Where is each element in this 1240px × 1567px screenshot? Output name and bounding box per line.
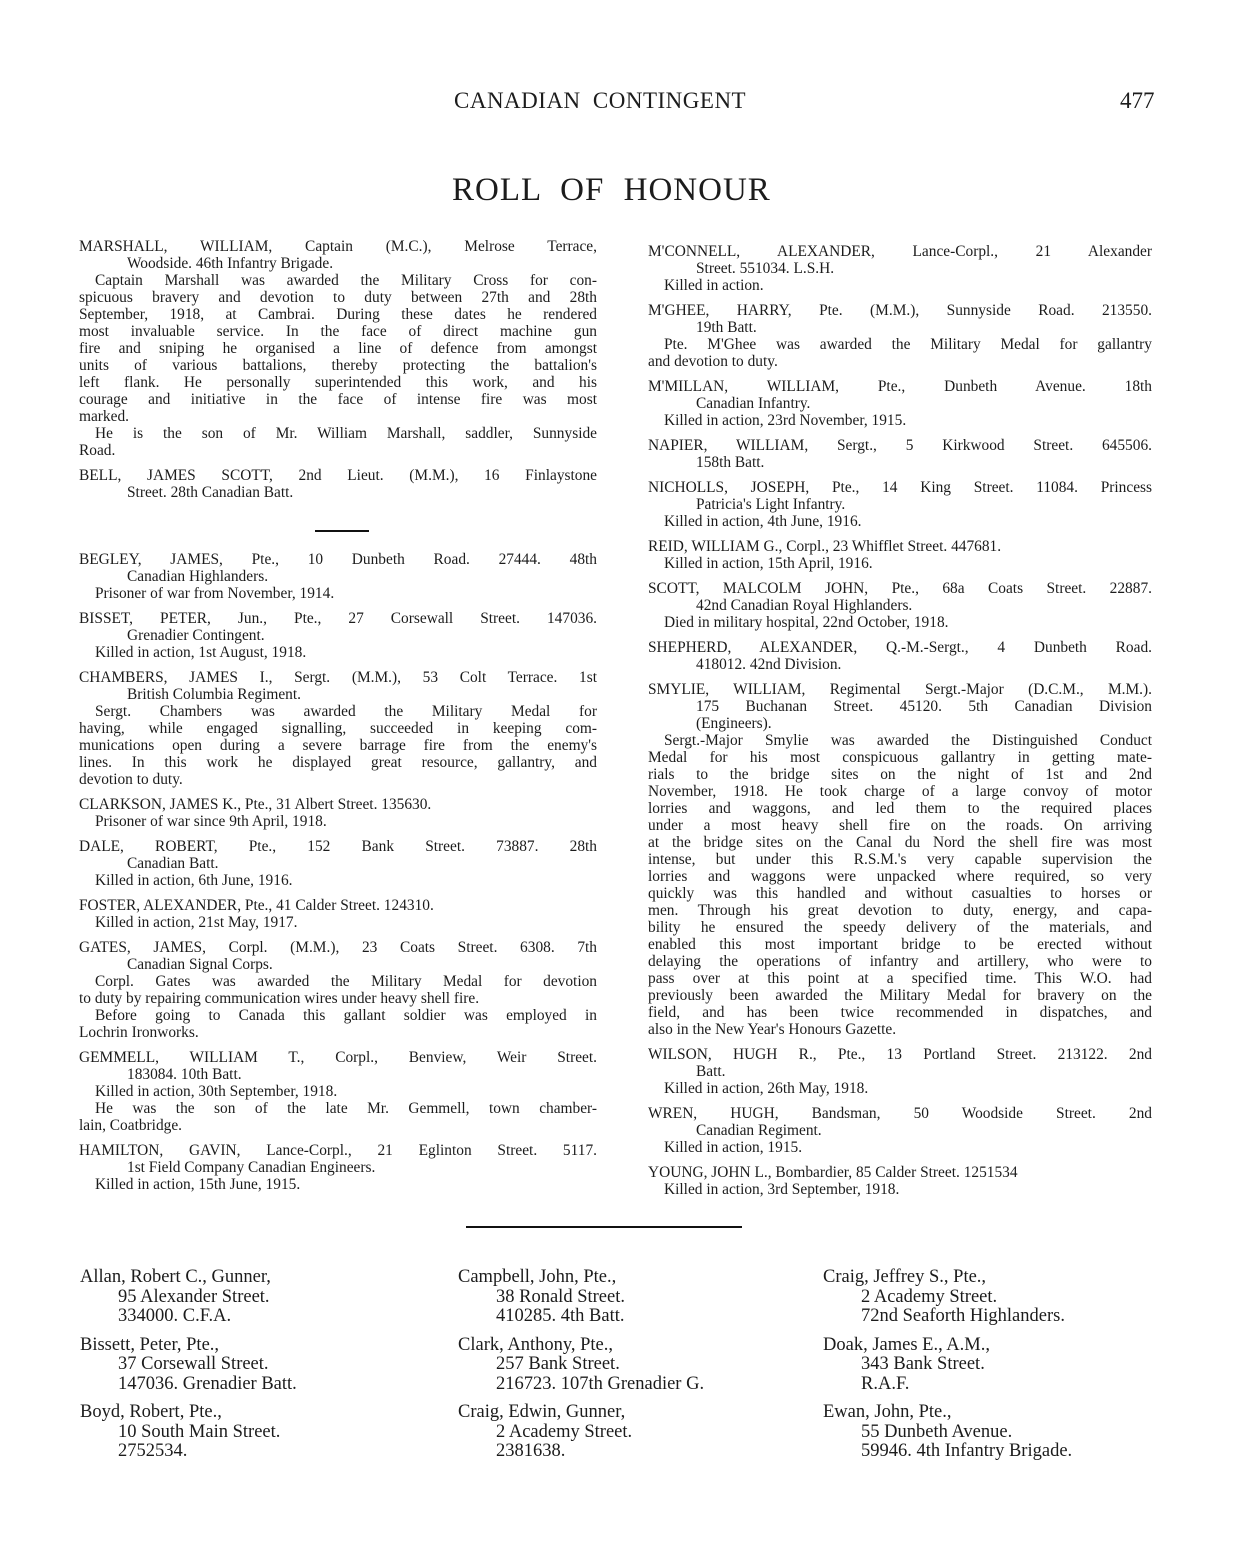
entry-body-line: Killed in action, 21st May, 1917. xyxy=(79,914,597,931)
entry-body-line: Before going to Canada this gallant sold… xyxy=(79,1007,597,1024)
entry-body-line: units of various battalions, thereby pro… xyxy=(79,357,597,374)
entry-body-line: bility he ensured the speedy delivery of… xyxy=(648,919,1152,936)
entry-heading: BISSET, PETER, Jun., Pte., 27 Corsewall … xyxy=(79,610,597,644)
entry-heading-line: 175 Buchanan Street. 45120. 5th Canadian… xyxy=(648,698,1152,715)
entry-heading-line: MARSHALL, WILLIAM, Captain (M.C.), Melro… xyxy=(79,238,597,255)
roll-entry: GATES, JAMES, Corpl. (M.M.), 23 Coats St… xyxy=(79,939,597,1041)
entry-body-line: lines. In this work he displayed great r… xyxy=(79,754,597,771)
roll-entry: REID, WILLIAM G., Corpl., 23 Whifflet St… xyxy=(648,538,1152,572)
entry-heading-line: Street. 28th Canadian Batt. xyxy=(79,484,597,501)
entry-heading-line: FOSTER, ALEXANDER, Pte., 41 Calder Stree… xyxy=(79,897,597,914)
service-name: Bissett, Peter, Pte., xyxy=(80,1336,297,1356)
entry-heading: CLARKSON, JAMES K., Pte., 31 Albert Stre… xyxy=(79,796,597,813)
entry-body-line: most invaluable service. In the face of … xyxy=(79,323,597,340)
entry-heading: MARSHALL, WILLIAM, Captain (M.C.), Melro… xyxy=(79,238,597,272)
entry-body-line: He is the son of Mr. William Marshall, s… xyxy=(79,425,597,442)
service-name: Craig, Edwin, Gunner, xyxy=(458,1403,704,1423)
service-unit: 334000. C.F.A. xyxy=(80,1307,297,1327)
roll-entry: M'GHEE, HARRY, Pte. (M.M.), Sunnyside Ro… xyxy=(648,302,1152,370)
entry-heading-line: HAMILTON, GAVIN, Lance-Corpl., 21 Eglint… xyxy=(79,1142,597,1159)
entry-body-line: Killed in action, 15th April, 1916. xyxy=(648,555,1152,572)
section-divider-short xyxy=(315,530,369,532)
entry-body-line: intense, but under this R.S.M.'s very ca… xyxy=(648,851,1152,868)
roll-entry: HAMILTON, GAVIN, Lance-Corpl., 21 Eglint… xyxy=(79,1142,597,1193)
roll-entry: DALE, ROBERT, Pte., 152 Bank Street. 738… xyxy=(79,838,597,889)
entry-heading-line: Batt. xyxy=(648,1063,1152,1080)
service-list-item: Clark, Anthony, Pte.,257 Bank Street.216… xyxy=(458,1336,704,1395)
section-divider-long xyxy=(466,1226,742,1228)
entry-body: Killed in action, 15th June, 1915. xyxy=(79,1176,597,1193)
entry-heading-line: 158th Batt. xyxy=(648,454,1152,471)
entry-heading-line: NICHOLLS, JOSEPH, Pte., 14 King Street. … xyxy=(648,479,1152,496)
service-address: 2 Academy Street. xyxy=(458,1423,704,1443)
service-address: 257 Bank Street. xyxy=(458,1355,704,1375)
entry-heading-line: GATES, JAMES, Corpl. (M.M.), 23 Coats St… xyxy=(79,939,597,956)
entry-heading-line: SCOTT, MALCOLM JOHN, Pte., 68a Coats Str… xyxy=(648,580,1152,597)
entry-body-line: He was the son of the late Mr. Gemmell, … xyxy=(79,1100,597,1117)
entry-heading: WILSON, HUGH R., Pte., 13 Portland Stree… xyxy=(648,1046,1152,1080)
roll-entry: SHEPHERD, ALEXANDER, Q.-M.-Sergt., 4 Dun… xyxy=(648,639,1152,673)
service-list-column-1: Allan, Robert C., Gunner,95 Alexander St… xyxy=(80,1268,297,1471)
entry-heading-line: Canadian Signal Corps. xyxy=(79,956,597,973)
entry-heading-line: BEGLEY, JAMES, Pte., 10 Dunbeth Road. 27… xyxy=(79,551,597,568)
entry-heading: M'GHEE, HARRY, Pte. (M.M.), Sunnyside Ro… xyxy=(648,302,1152,336)
entry-body-line: rials to the bridge sites on the night o… xyxy=(648,766,1152,783)
service-list-item: Bissett, Peter, Pte.,37 Corsewall Street… xyxy=(80,1336,297,1395)
entry-body-line: Pte. M'Ghee was awarded the Military Med… xyxy=(648,336,1152,353)
entry-heading: SCOTT, MALCOLM JOHN, Pte., 68a Coats Str… xyxy=(648,580,1152,614)
entry-body: Killed in action, 26th May, 1918. xyxy=(648,1080,1152,1097)
service-unit: 147036. Grenadier Batt. xyxy=(80,1375,297,1395)
entry-body: Prisoner of war from November, 1914. xyxy=(79,585,597,602)
running-head: CANADIAN CONTINGENT xyxy=(454,88,746,114)
entry-heading-line: BELL, JAMES SCOTT, 2nd Lieut. (M.M.), 16… xyxy=(79,467,597,484)
entry-body-line: Sergt.-Major Smylie was awarded the Dist… xyxy=(648,732,1152,749)
service-list-item: Allan, Robert C., Gunner,95 Alexander St… xyxy=(80,1268,297,1327)
entry-body-line: Sergt. Chambers was awarded the Military… xyxy=(79,703,597,720)
roll-entry: YOUNG, JOHN L., Bombardier, 85 Calder St… xyxy=(648,1164,1152,1198)
entry-heading: SHEPHERD, ALEXANDER, Q.-M.-Sergt., 4 Dun… xyxy=(648,639,1152,673)
entry-heading: YOUNG, JOHN L., Bombardier, 85 Calder St… xyxy=(648,1164,1152,1181)
entry-body-line: quickly was this handled and without cas… xyxy=(648,885,1152,902)
entry-heading-line: CLARKSON, JAMES K., Pte., 31 Albert Stre… xyxy=(79,796,597,813)
entry-body: Captain Marshall was awarded the Militar… xyxy=(79,272,597,459)
entry-body: Killed in action, 1915. xyxy=(648,1139,1152,1156)
entry-heading-line: 1st Field Company Canadian Engineers. xyxy=(79,1159,597,1176)
entry-body-line: field, and has been twice recommended in… xyxy=(648,1004,1152,1021)
entry-heading: M'CONNELL, ALEXANDER, Lance-Corpl., 21 A… xyxy=(648,243,1152,277)
entry-body: Killed in action, 23rd November, 1915. xyxy=(648,412,1152,429)
service-list-item: Craig, Edwin, Gunner,2 Academy Street.23… xyxy=(458,1403,704,1462)
entry-heading-line: Canadian Infantry. xyxy=(648,395,1152,412)
entry-heading: CHAMBERS, JAMES I., Sergt. (M.M.), 53 Co… xyxy=(79,669,597,703)
service-name: Doak, James E., A.M., xyxy=(823,1336,1072,1356)
service-name: Craig, Jeffrey S., Pte., xyxy=(823,1268,1072,1288)
entry-heading: WREN, HUGH, Bandsman, 50 Woodside Street… xyxy=(648,1105,1152,1139)
entry-heading-line: British Columbia Regiment. xyxy=(79,686,597,703)
entry-heading-line: 19th Batt. xyxy=(648,319,1152,336)
entry-heading-line: 183084. 10th Batt. xyxy=(79,1066,597,1083)
entry-body-line: Killed in action, 4th June, 1916. xyxy=(648,513,1152,530)
entry-body-line: Killed in action, 1st August, 1918. xyxy=(79,644,597,661)
service-unit: 59946. 4th Infantry Brigade. xyxy=(823,1442,1072,1462)
entry-heading-line: 42nd Canadian Royal Highlanders. xyxy=(648,597,1152,614)
service-name: Boyd, Robert, Pte., xyxy=(80,1403,297,1423)
entry-heading: HAMILTON, GAVIN, Lance-Corpl., 21 Eglint… xyxy=(79,1142,597,1176)
entry-heading: SMYLIE, WILLIAM, Regimental Sergt.-Major… xyxy=(648,681,1152,732)
roll-entry: SMYLIE, WILLIAM, Regimental Sergt.-Major… xyxy=(648,681,1152,1038)
service-address: 95 Alexander Street. xyxy=(80,1288,297,1308)
entry-heading-line: M'MILLAN, WILLIAM, Pte., Dunbeth Avenue.… xyxy=(648,378,1152,395)
entry-body: Killed in action, 15th April, 1916. xyxy=(648,555,1152,572)
entry-body-line: spicuous bravery and devotion to duty be… xyxy=(79,289,597,306)
service-address: 2 Academy Street. xyxy=(823,1288,1072,1308)
roll-entry: SCOTT, MALCOLM JOHN, Pte., 68a Coats Str… xyxy=(648,580,1152,631)
entry-body-line: Killed in action, 1915. xyxy=(648,1139,1152,1156)
roll-entry: WILSON, HUGH R., Pte., 13 Portland Stree… xyxy=(648,1046,1152,1097)
entry-body-line: under a most heavy shell fire on the roa… xyxy=(648,817,1152,834)
service-list-item: Boyd, Robert, Pte.,10 South Main Street.… xyxy=(80,1403,297,1462)
entry-heading-line: GEMMELL, WILLIAM T., Corpl., Benview, We… xyxy=(79,1049,597,1066)
entry-body-line: Killed in action, 30th September, 1918. xyxy=(79,1083,597,1100)
service-unit: 410285. 4th Batt. xyxy=(458,1307,704,1327)
entry-heading-line: Canadian Highlanders. xyxy=(79,568,597,585)
entry-heading: NICHOLLS, JOSEPH, Pte., 14 King Street. … xyxy=(648,479,1152,513)
entry-body-line: and devotion to duty. xyxy=(648,353,1152,370)
entry-body: Died in military hospital, 22nd October,… xyxy=(648,614,1152,631)
roll-entry: GEMMELL, WILLIAM T., Corpl., Benview, We… xyxy=(79,1049,597,1134)
entry-heading-line: YOUNG, JOHN L., Bombardier, 85 Calder St… xyxy=(648,1164,1152,1181)
entry-body-line: Captain Marshall was awarded the Militar… xyxy=(79,272,597,289)
entry-body-line: Killed in action, 26th May, 1918. xyxy=(648,1080,1152,1097)
entry-body-line: Killed in action, 6th June, 1916. xyxy=(79,872,597,889)
entry-body: Prisoner of war since 9th April, 1918. xyxy=(79,813,597,830)
entry-body: Sergt. Chambers was awarded the Military… xyxy=(79,703,597,788)
service-address: 343 Bank Street. xyxy=(823,1355,1072,1375)
entry-heading-line: Grenadier Contingent. xyxy=(79,627,597,644)
entry-body-line: courage and initiative in the face of in… xyxy=(79,391,597,408)
entry-heading-line: Canadian Regiment. xyxy=(648,1122,1152,1139)
entry-body-line: Killed in action, 3rd September, 1918. xyxy=(648,1181,1152,1198)
service-name: Allan, Robert C., Gunner, xyxy=(80,1268,297,1288)
entry-heading-line: CHAMBERS, JAMES I., Sergt. (M.M.), 53 Co… xyxy=(79,669,597,686)
entry-body-line: Road. xyxy=(79,442,597,459)
entry-heading-line: REID, WILLIAM G., Corpl., 23 Whifflet St… xyxy=(648,538,1152,555)
entry-body-line: to duty by repairing communication wires… xyxy=(79,990,597,1007)
entry-body-line: lorries and waggons were unpacked where … xyxy=(648,868,1152,885)
entry-heading: REID, WILLIAM G., Corpl., 23 Whifflet St… xyxy=(648,538,1152,555)
entry-body-line: Killed in action, 23rd November, 1915. xyxy=(648,412,1152,429)
service-unit: 72nd Seaforth Highlanders. xyxy=(823,1307,1072,1327)
service-list-item: Doak, James E., A.M.,343 Bank Street.R.A… xyxy=(823,1336,1072,1395)
entry-heading: FOSTER, ALEXANDER, Pte., 41 Calder Stree… xyxy=(79,897,597,914)
entry-body-line: devotion to duty. xyxy=(79,771,597,788)
entry-body-line: Killed in action. xyxy=(648,277,1152,294)
entry-heading-line: M'GHEE, HARRY, Pte. (M.M.), Sunnyside Ro… xyxy=(648,302,1152,319)
entry-body-line: delaying the operations of infantry and … xyxy=(648,953,1152,970)
roll-entry: M'CONNELL, ALEXANDER, Lance-Corpl., 21 A… xyxy=(648,243,1152,294)
service-unit: R.A.F. xyxy=(823,1375,1072,1395)
entry-body-line: Prisoner of war since 9th April, 1918. xyxy=(79,813,597,830)
entry-heading-line: BISSET, PETER, Jun., Pte., 27 Corsewall … xyxy=(79,610,597,627)
roll-right-column: M'CONNELL, ALEXANDER, Lance-Corpl., 21 A… xyxy=(648,243,1152,1206)
service-name: Clark, Anthony, Pte., xyxy=(458,1336,704,1356)
entry-heading: BELL, JAMES SCOTT, 2nd Lieut. (M.M.), 16… xyxy=(79,467,597,501)
roll-entry: MARSHALL, WILLIAM, Captain (M.C.), Melro… xyxy=(79,238,597,459)
service-list-item: Craig, Jeffrey S., Pte.,2 Academy Street… xyxy=(823,1268,1072,1327)
entry-body-line: lorries and waggons, and led them to the… xyxy=(648,800,1152,817)
entry-body: Sergt.-Major Smylie was awarded the Dist… xyxy=(648,732,1152,1038)
entry-body: Corpl. Gates was awarded the Military Me… xyxy=(79,973,597,1041)
roll-entry: NICHOLLS, JOSEPH, Pte., 14 King Street. … xyxy=(648,479,1152,530)
entry-heading-line: SMYLIE, WILLIAM, Regimental Sergt.-Major… xyxy=(648,681,1152,698)
entry-body-line: at the bridge sites on the Canal du Nord… xyxy=(648,834,1152,851)
entry-body-line: marked. xyxy=(79,408,597,425)
service-list-item: Campbell, John, Pte.,38 Ronald Street.41… xyxy=(458,1268,704,1327)
entry-body-line: munications open during a severe barrage… xyxy=(79,737,597,754)
entry-heading-line: DALE, ROBERT, Pte., 152 Bank Street. 738… xyxy=(79,838,597,855)
entry-body: Pte. M'Ghee was awarded the Military Med… xyxy=(648,336,1152,370)
entry-heading-line: Woodside. 46th Infantry Brigade. xyxy=(79,255,597,272)
roll-entry: BEGLEY, JAMES, Pte., 10 Dunbeth Road. 27… xyxy=(79,551,597,602)
page-title: ROLL OF HONOUR xyxy=(452,172,771,209)
entry-body-line: left flank. He personally superintended … xyxy=(79,374,597,391)
entry-heading-line: NAPIER, WILLIAM, Sergt., 5 Kirkwood Stre… xyxy=(648,437,1152,454)
entry-body-line: Lochrin Ironworks. xyxy=(79,1024,597,1041)
service-name: Ewan, John, Pte., xyxy=(823,1403,1072,1423)
entry-heading: NAPIER, WILLIAM, Sergt., 5 Kirkwood Stre… xyxy=(648,437,1152,471)
service-unit: 2381638. xyxy=(458,1442,704,1462)
entry-body-line: fire and sniping he organised a line of … xyxy=(79,340,597,357)
entry-body-line: lain, Coatbridge. xyxy=(79,1117,597,1134)
entry-body-line: having, while engaged signalling, succee… xyxy=(79,720,597,737)
roll-entry: CHAMBERS, JAMES I., Sergt. (M.M.), 53 Co… xyxy=(79,669,597,788)
entry-heading-line: (Engineers). xyxy=(648,715,1152,732)
entry-heading-line: WILSON, HUGH R., Pte., 13 Portland Stree… xyxy=(648,1046,1152,1063)
entry-body: Killed in action, 3rd September, 1918. xyxy=(648,1181,1152,1198)
service-list-column-2: Campbell, John, Pte.,38 Ronald Street.41… xyxy=(458,1268,704,1471)
entry-body-line: Prisoner of war from November, 1914. xyxy=(79,585,597,602)
entry-body: Killed in action, 1st August, 1918. xyxy=(79,644,597,661)
entry-body-line: pass over at this point at a specified t… xyxy=(648,970,1152,987)
entry-heading-line: 418012. 42nd Division. xyxy=(648,656,1152,673)
entry-heading: BEGLEY, JAMES, Pte., 10 Dunbeth Road. 27… xyxy=(79,551,597,585)
entry-body: Killed in action, 21st May, 1917. xyxy=(79,914,597,931)
entry-body-line: Killed in action, 15th June, 1915. xyxy=(79,1176,597,1193)
entry-heading: GATES, JAMES, Corpl. (M.M.), 23 Coats St… xyxy=(79,939,597,973)
page-number: 477 xyxy=(1120,88,1155,114)
entry-body-line: November, 1918. He took charge of a larg… xyxy=(648,783,1152,800)
entry-body-line: September, 1918, at Cambrai. During thes… xyxy=(79,306,597,323)
entry-body-line: Medal for his most conspicuous gallantry… xyxy=(648,749,1152,766)
entry-body-line: also in the New Year's Honours Gazette. xyxy=(648,1021,1152,1038)
entry-heading: GEMMELL, WILLIAM T., Corpl., Benview, We… xyxy=(79,1049,597,1083)
service-list-column-3: Craig, Jeffrey S., Pte.,2 Academy Street… xyxy=(823,1268,1072,1471)
entry-heading: DALE, ROBERT, Pte., 152 Bank Street. 738… xyxy=(79,838,597,872)
service-list-item: Ewan, John, Pte.,55 Dunbeth Avenue.59946… xyxy=(823,1403,1072,1462)
entry-body: Killed in action, 30th September, 1918.H… xyxy=(79,1083,597,1134)
service-address: 37 Corsewall Street. xyxy=(80,1355,297,1375)
entry-heading-line: M'CONNELL, ALEXANDER, Lance-Corpl., 21 A… xyxy=(648,243,1152,260)
entry-body-line: Died in military hospital, 22nd October,… xyxy=(648,614,1152,631)
roll-left-column: MARSHALL, WILLIAM, Captain (M.C.), Melro… xyxy=(79,238,597,1201)
entry-body-line: men. Through his great devotion to duty,… xyxy=(648,902,1152,919)
roll-entry: WREN, HUGH, Bandsman, 50 Woodside Street… xyxy=(648,1105,1152,1156)
roll-entry: NAPIER, WILLIAM, Sergt., 5 Kirkwood Stre… xyxy=(648,437,1152,471)
service-address: 10 South Main Street. xyxy=(80,1423,297,1443)
entry-body: Killed in action, 6th June, 1916. xyxy=(79,872,597,889)
roll-entry: BELL, JAMES SCOTT, 2nd Lieut. (M.M.), 16… xyxy=(79,467,597,501)
service-unit: 216723. 107th Grenadier G. xyxy=(458,1375,704,1395)
entry-body-line: enabled this most important bridge to be… xyxy=(648,936,1152,953)
entry-heading-line: SHEPHERD, ALEXANDER, Q.-M.-Sergt., 4 Dun… xyxy=(648,639,1152,656)
entry-heading-line: Canadian Batt. xyxy=(79,855,597,872)
entry-body-line: previously been awarded the Military Med… xyxy=(648,987,1152,1004)
roll-entry: M'MILLAN, WILLIAM, Pte., Dunbeth Avenue.… xyxy=(648,378,1152,429)
service-address: 55 Dunbeth Avenue. xyxy=(823,1423,1072,1443)
service-name: Campbell, John, Pte., xyxy=(458,1268,704,1288)
roll-entry: CLARKSON, JAMES K., Pte., 31 Albert Stre… xyxy=(79,796,597,830)
roll-entry: BISSET, PETER, Jun., Pte., 27 Corsewall … xyxy=(79,610,597,661)
entry-body: Killed in action, 4th June, 1916. xyxy=(648,513,1152,530)
entry-heading: M'MILLAN, WILLIAM, Pte., Dunbeth Avenue.… xyxy=(648,378,1152,412)
roll-entry: FOSTER, ALEXANDER, Pte., 41 Calder Stree… xyxy=(79,897,597,931)
entry-heading-line: WREN, HUGH, Bandsman, 50 Woodside Street… xyxy=(648,1105,1152,1122)
service-address: 38 Ronald Street. xyxy=(458,1288,704,1308)
entry-heading-line: Street. 551034. L.S.H. xyxy=(648,260,1152,277)
service-unit: 2752534. xyxy=(80,1442,297,1462)
entry-body-line: Corpl. Gates was awarded the Military Me… xyxy=(79,973,597,990)
entry-body: Killed in action. xyxy=(648,277,1152,294)
entry-heading-line: Patricia's Light Infantry. xyxy=(648,496,1152,513)
